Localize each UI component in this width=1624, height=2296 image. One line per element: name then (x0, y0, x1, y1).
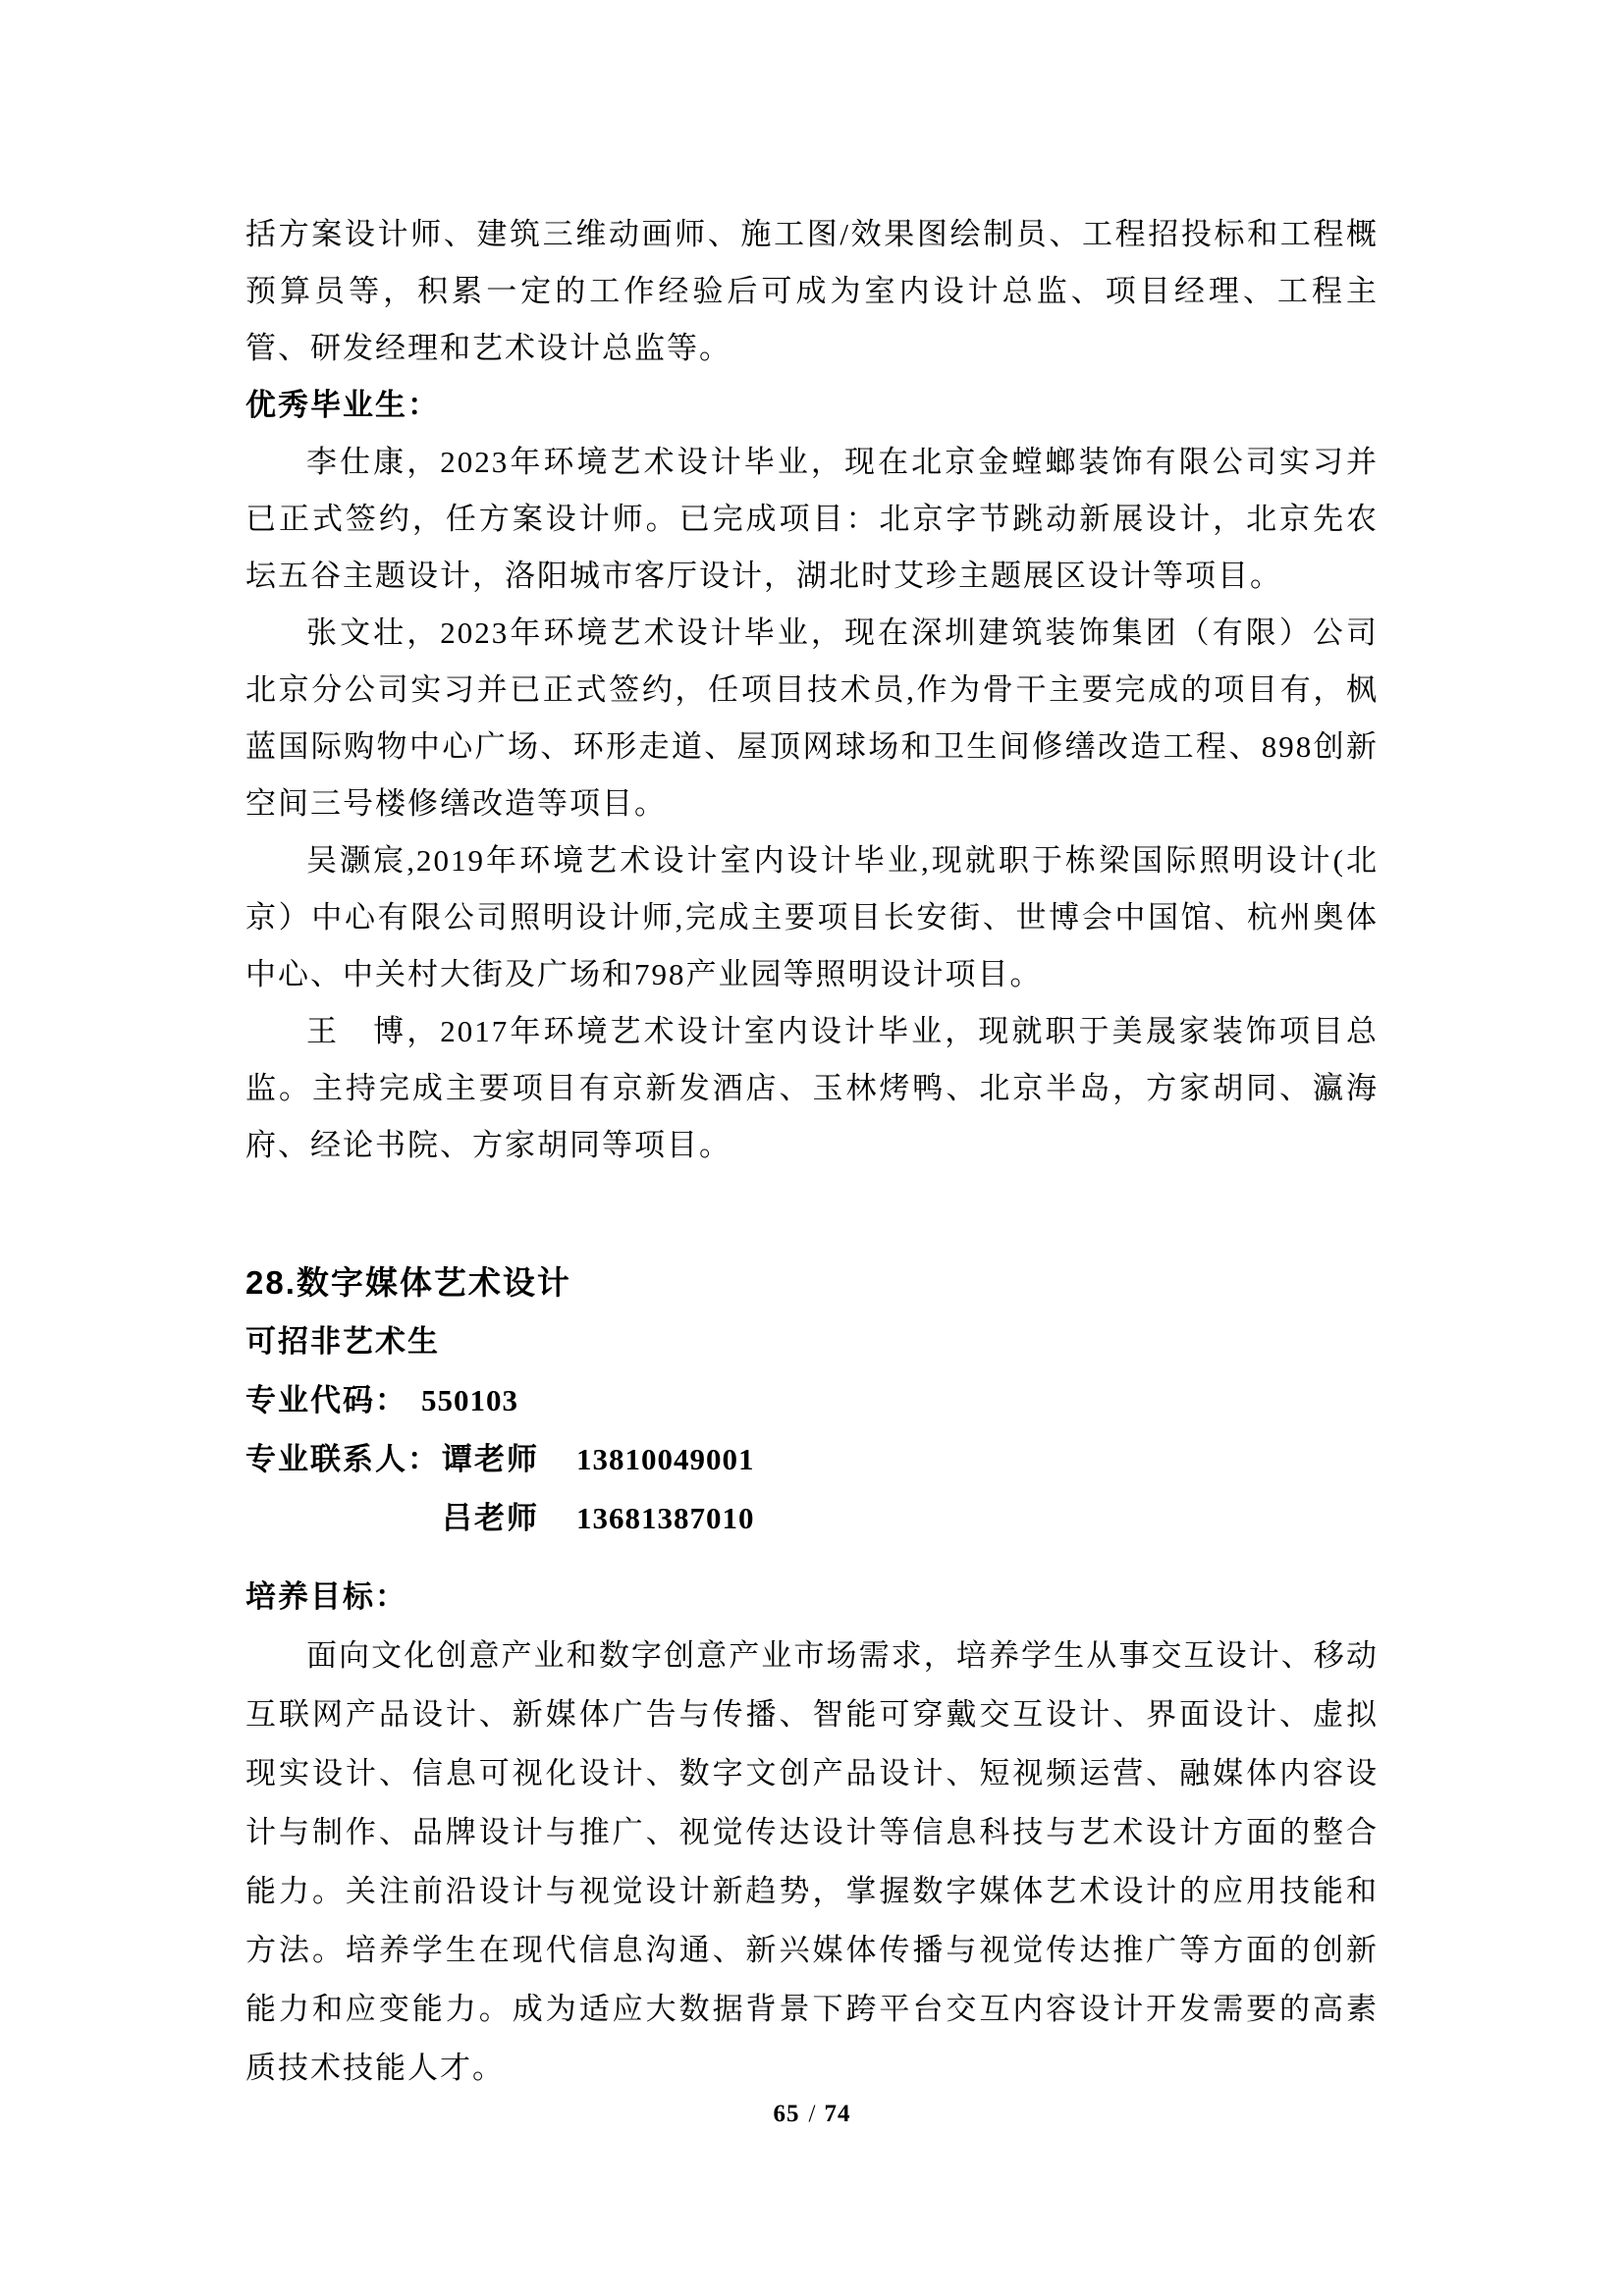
objective-paragraph: 面向文化创意产业和数字创意产业市场需求，培养学生从事交互设计、移动互联网产品设计… (245, 1627, 1379, 2098)
graduate-paragraph-li-shikang: 李仕康，2023年环境艺术设计毕业，现在北京金螳螂装饰有限公司实习并已正式签约，… (245, 434, 1379, 605)
graduates-heading: 优秀毕业生： (245, 377, 1379, 434)
graduate-paragraph-wu-haochen: 吴灏宸,2019年环境艺术设计室内设计毕业,现就职于栋梁国际照明设计(北京）中心… (245, 832, 1379, 1003)
footer-page-number: 65 (774, 2101, 800, 2127)
graduate-paragraph-zhang-wenzhuang: 张文壮，2023年环境艺术设计毕业，现在深圳建筑装饰集团（有限）公司北京分公司实… (245, 605, 1379, 832)
contact-row-2: 吕老师13681387010 (245, 1489, 1379, 1548)
page-footer: 65/74 (0, 2101, 1624, 2128)
contact-name-2: 吕老师 (442, 1489, 576, 1548)
page-content: 括方案设计师、建筑三维动画师、施工图/效果图绘制员、工程招投标和工程概预算员等，… (0, 0, 1624, 2098)
major-code-value: 550103 (421, 1383, 518, 1417)
contact-phone-2: 13681387010 (576, 1501, 755, 1535)
contact-phone-1: 13810049001 (576, 1442, 755, 1476)
footer-separator: / (809, 2101, 816, 2127)
footer-total-pages: 74 (824, 2101, 850, 2127)
paragraph-continuation: 括方案设计师、建筑三维动画师、施工图/效果图绘制员、工程招投标和工程概预算员等，… (245, 206, 1379, 377)
section-title: 28.数字媒体艺术设计 (245, 1254, 1379, 1312)
contact-row-1: 专业联系人：谭老师13810049001 (245, 1430, 1379, 1489)
objective-heading: 培养目标： (245, 1568, 1379, 1627)
contact-name-1: 谭老师 (442, 1430, 576, 1489)
graduate-paragraph-wang-bo: 王 博，2017年环境艺术设计室内设计毕业，现就职于美晟家装饰项目总监。主持完成… (245, 1003, 1379, 1174)
major-code-label: 专业代码： (245, 1383, 407, 1417)
document-page: 括方案设计师、建筑三维动画师、施工图/效果图绘制员、工程招投标和工程概预算员等，… (0, 0, 1624, 2296)
admission-note: 可招非艺术生 (245, 1312, 1379, 1371)
major-code-line: 专业代码：550103 (245, 1371, 1379, 1430)
contact-label: 专业联系人： (245, 1430, 442, 1489)
